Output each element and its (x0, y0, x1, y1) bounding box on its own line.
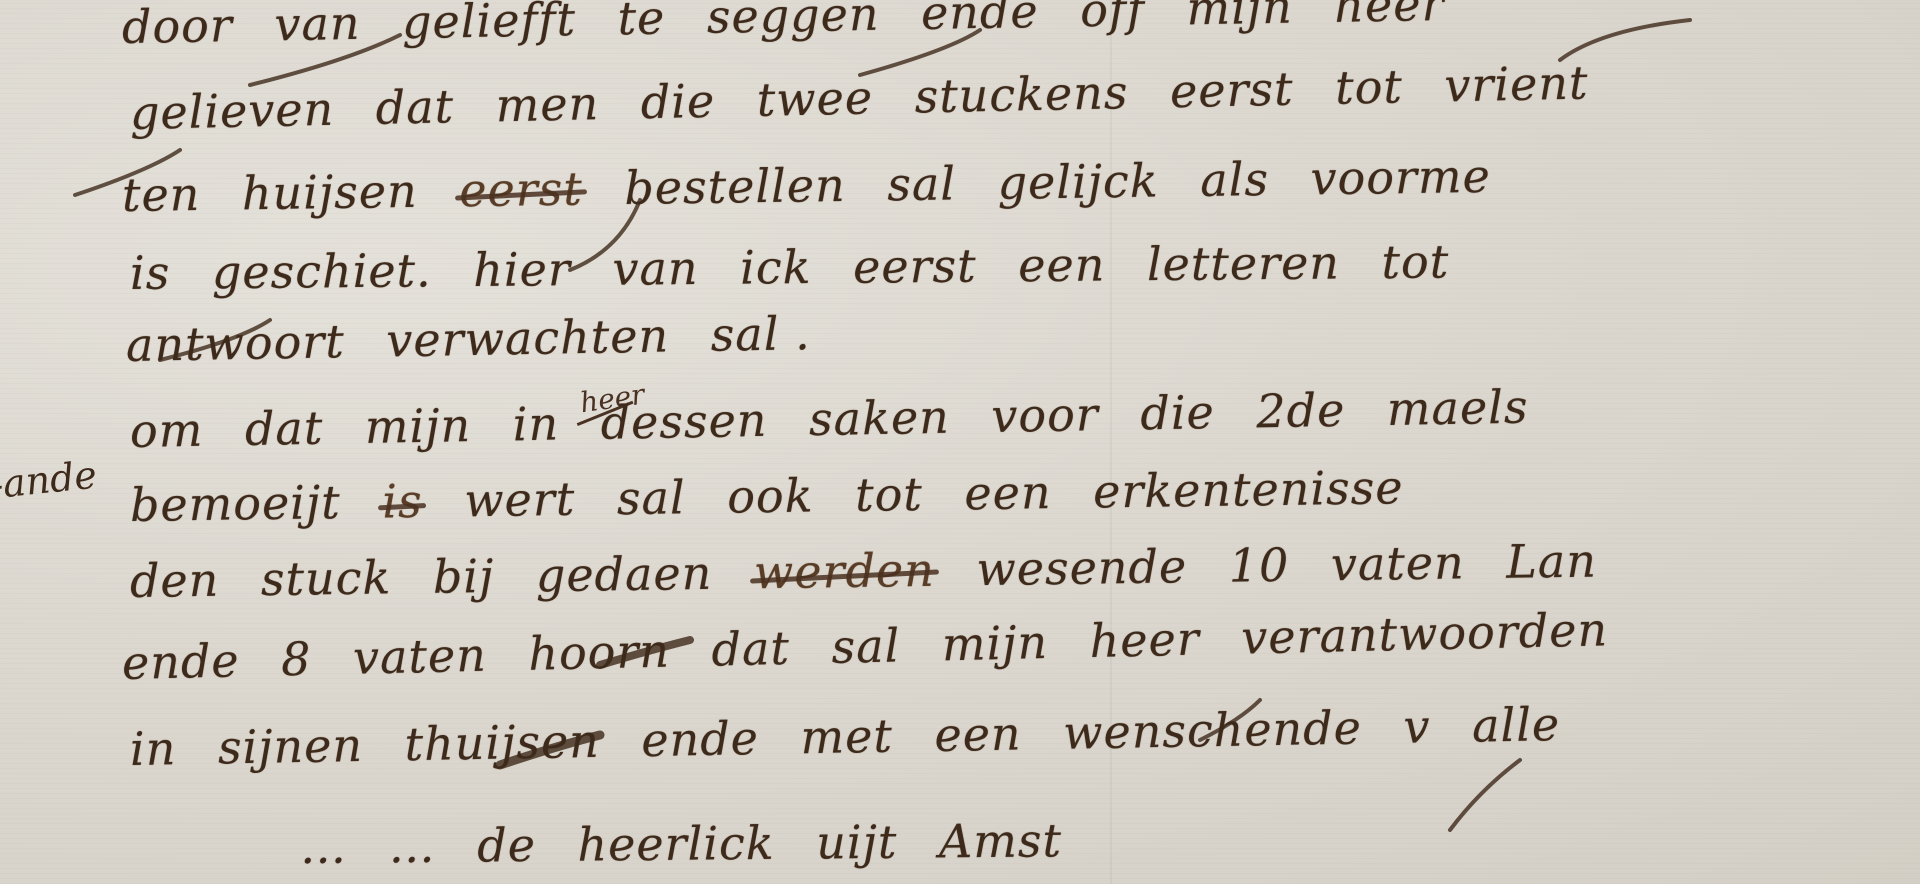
word: als (1200, 152, 1269, 207)
word: letteren (1147, 235, 1340, 291)
word: vaten (1331, 535, 1465, 591)
word: bemoeijt (130, 475, 341, 532)
word: bij (432, 549, 494, 604)
word: thuijsen (404, 714, 600, 771)
word: voorme (1310, 149, 1491, 206)
word: de (477, 818, 536, 873)
word: stuckens (914, 65, 1129, 123)
struck-word: eerst (459, 162, 583, 218)
word: bestellen (624, 158, 846, 215)
manuscript-line-4: is geschiet. hier van ick eerst een lett… (130, 234, 1476, 300)
word: tot (1381, 234, 1449, 289)
word: wesende (976, 539, 1187, 596)
word: ende (921, 0, 1039, 40)
struck-word: is (382, 474, 423, 529)
word: om (130, 403, 204, 458)
word: in (512, 397, 559, 452)
word: gelijck (997, 154, 1159, 210)
word: van (274, 0, 361, 51)
word: sal (617, 470, 686, 525)
word: alle (1472, 697, 1561, 753)
word: ende (121, 633, 240, 690)
word: heer (1089, 612, 1200, 668)
word: men (495, 76, 600, 132)
word: wenschende (1063, 701, 1363, 760)
word: ook (727, 468, 814, 523)
struck-word: werden (754, 543, 936, 600)
manuscript-line-2: gelieven dat men die twee stuckens eerst… (129, 55, 1615, 140)
word: stuck (261, 550, 392, 606)
word: van (612, 241, 699, 296)
word: tot (1335, 59, 1404, 114)
word: geliefft (402, 0, 577, 49)
word: hier (473, 242, 571, 297)
word: verwachten (386, 309, 670, 368)
word: erkentenisse (1093, 460, 1404, 518)
word: dat (375, 79, 454, 135)
word: sal . (710, 306, 811, 362)
word: saken (809, 390, 951, 446)
word: Lan (1506, 534, 1597, 589)
word: wert (464, 472, 576, 528)
manuscript-line-8: den stuck bij gedaen werden wesende 10 v… (130, 533, 1624, 608)
word: … (388, 819, 435, 873)
word: te (617, 0, 666, 45)
word: verantwoorden (1241, 602, 1609, 664)
word: 10 (1228, 538, 1289, 593)
manuscript-line-3: ten huijsen eerst bestellen sal gelijck … (122, 149, 1518, 222)
word: ick (740, 240, 812, 295)
manuscript-page: -ande door van geliefft te seggen ende o… (0, 0, 1920, 884)
manuscript-line-6: om dat mijn in dessen saken voor die 2de… (130, 379, 1555, 458)
word: antwoort (126, 314, 346, 372)
word: eerst (853, 239, 977, 294)
word: door (122, 0, 234, 54)
word: die (1140, 385, 1215, 440)
word: gelieven (129, 82, 334, 140)
word: dat (711, 621, 791, 677)
word: sal (887, 156, 956, 211)
word: maels (1386, 380, 1529, 436)
word: die (640, 74, 716, 130)
word: met (800, 709, 893, 765)
word: geschiet. (212, 243, 432, 299)
margin-note: -ande (0, 453, 99, 508)
word: sal (831, 618, 901, 674)
word: ende (641, 711, 759, 767)
word: heerlick (577, 816, 775, 872)
word: gedaen (536, 546, 713, 602)
word: een (964, 465, 1052, 520)
word: den (130, 553, 220, 608)
word: … (300, 820, 347, 874)
manuscript-line-9: ende 8 vaten hoorn dat sal mijn heer ver… (121, 602, 1634, 690)
word: mijn (1186, 0, 1293, 35)
word: een (934, 706, 1022, 762)
word: seggen (706, 0, 879, 44)
word: mijn (941, 615, 1048, 671)
manuscript-line-5: antwoort verwachten sal . (126, 306, 838, 372)
manuscript-line-7: bemoeijt is wert sal ook tot een erkente… (130, 460, 1430, 532)
word: een (1018, 237, 1106, 292)
word: v (1403, 699, 1431, 753)
manuscript-line-10: in sijnen thuijsen ende met een wenschen… (130, 697, 1587, 776)
word: sijnen (217, 718, 363, 775)
word: vrient (1444, 55, 1589, 112)
word: in (130, 721, 177, 776)
word: mijn (364, 398, 471, 454)
word: Amst (939, 813, 1062, 868)
word: hoorn (528, 624, 671, 681)
word: 8 (281, 632, 312, 687)
word: dessen (600, 393, 768, 450)
word: huijsen (242, 164, 418, 220)
word: eerst (1169, 62, 1294, 119)
manuscript-line-11: … … de heerlick uijt Amst (300, 813, 1088, 874)
word: is (130, 246, 171, 300)
word: dat (244, 401, 323, 456)
word: voor (991, 387, 1099, 443)
word: tot (855, 467, 923, 522)
word: heer (1334, 0, 1445, 33)
word: uijt (816, 815, 898, 870)
word: twee (756, 70, 873, 126)
word: off (1080, 0, 1146, 37)
manuscript-line-1: door van geliefft te seggen ende off mij… (122, 0, 1471, 54)
word: ten (122, 167, 201, 222)
word: vaten (352, 628, 487, 685)
word: 2de (1256, 383, 1346, 439)
